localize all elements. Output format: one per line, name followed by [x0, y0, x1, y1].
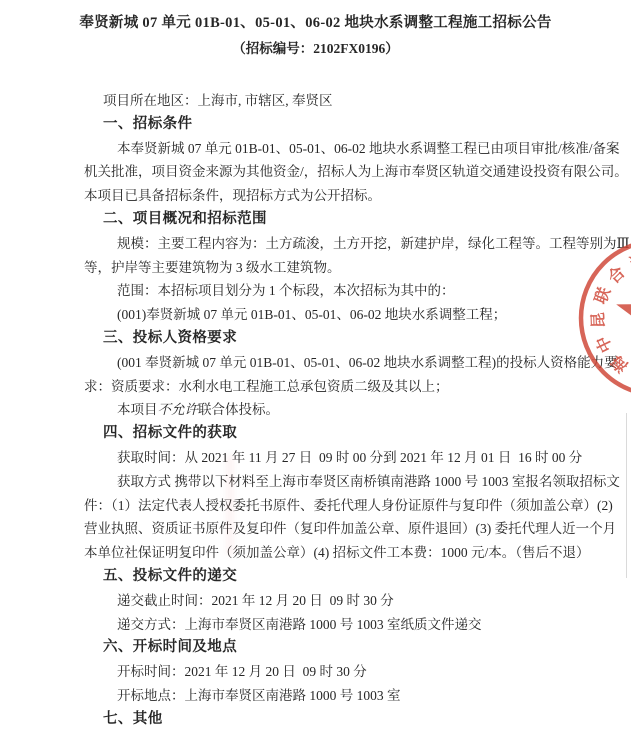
doc-line: 获取方式 携带以下材料至上海市奉贤区南桥镇南港路 1000 号 1003 室报名…	[84, 470, 556, 494]
section-heading: 六、开标时间及地点	[84, 636, 556, 660]
doc-text: 六、开标时间及地点	[103, 639, 237, 655]
doc-text: 七、其他	[103, 711, 163, 727]
section-heading: 二、项目概况和招标范围	[84, 208, 556, 232]
seal-character: 联	[591, 285, 615, 307]
document-page: 奉贤新城 07 单元 01B-01、05-01、06-02 地块水系调整工程施工…	[0, 0, 631, 738]
doc-text: 开标地点：上海市奉贤区南港路 1000 号 1003 室	[117, 688, 401, 703]
seal-character: 合	[604, 262, 629, 287]
doc-text: 等，护岸等主要建筑物为 3 级水工建筑物。	[84, 260, 341, 275]
doc-line: 本项目已具备招标条件，现招标方式为公开招标。	[84, 184, 556, 208]
doc-text: 一、招标条件	[103, 116, 192, 132]
doc-line: 规模：主要工程内容为：土方疏浚，土方开挖，新建护岸，绿化工程等。工程等别为Ⅲ	[84, 232, 556, 256]
doc-text: 获取方式 携带以下材料至上海市奉贤区南桥镇南港路 1000 号 1003 室报名…	[117, 474, 620, 489]
seal-star-icon	[616, 274, 631, 354]
seal-character: 咨	[627, 250, 631, 273]
doc-text: 开标时间：2021 年 12 月 20 日 09 时 30 分	[117, 664, 367, 679]
section-heading: 四、招标文件的获取	[84, 422, 556, 446]
doc-text: 求：资质要求：水利水电工程施工总承包资质二级及其以上；	[84, 379, 449, 394]
doc-line: 开标地点：上海市奉贤区南港路 1000 号 1003 室	[84, 684, 556, 708]
doc-line: (001)奉贤新城 07 单元 01B-01、05-01、06-02 地块水系调…	[84, 303, 556, 327]
doc-line: 等，护岸等主要建筑物为 3 级水工建筑物。	[84, 256, 556, 280]
doc-line: 获取时间：从 2021 年 11 月 27 日 09 时 00 分到 2021 …	[84, 446, 556, 470]
doc-line: 机关批准，项目资金来源为其他资金/，招标人为上海市奉贤区轨道交通建设投资有限公司…	[84, 160, 556, 184]
doc-text: 联合体投标。	[198, 402, 279, 417]
doc-line: 营业执照、资质证书原件及复印件（复印件加盖公章、原件退回）(3) 委托代理人近一…	[84, 517, 556, 541]
seal-character: 昆	[588, 312, 608, 329]
section-heading: 一、招标条件	[84, 113, 556, 137]
doc-text: 三、投标人资格要求	[103, 330, 237, 346]
doc-text: 本项目	[117, 402, 158, 417]
doc-text: 五、投标文件的递交	[103, 568, 237, 584]
doc-line: 本奉贤新城 07 单元 01B-01、05-01、06-02 地块水系调整工程已…	[84, 137, 556, 161]
doc-text: 件：（1）法定代表人授权委托书原件、委托代理人身份证原件与复印件（须加盖公章）(…	[84, 498, 613, 513]
doc-line: 范围：本招标项目划分为 1 个标段，本次招标为其中的：	[84, 279, 556, 303]
doc-text: 四、招标文件的获取	[103, 425, 237, 441]
doc-line: (001 奉贤新城 07 单元 01B-01、05-01、06-02 地块水系调…	[84, 351, 556, 375]
document-title: 奉贤新城 07 单元 01B-01、05-01、06-02 地块水系调整工程施工…	[0, 11, 631, 36]
doc-text: 项目所在地区：上海市, 市辖区, 奉贤区	[103, 93, 333, 108]
doc-text: (001)奉贤新城 07 单元 01B-01、05-01、06-02 地块水系调…	[117, 307, 506, 322]
section-heading: 三、投标人资格要求	[84, 327, 556, 351]
doc-line: 件：（1）法定代表人授权委托书原件、委托代理人身份证原件与复印件（须加盖公章）(…	[84, 494, 556, 518]
section-heading: 五、投标文件的递交	[84, 565, 556, 589]
doc-text: 本单位社保证明复印件（须加盖公章）(4) 招标文件工本费：1000 元/本。（售…	[84, 545, 590, 560]
doc-text: 递交方式：上海市奉贤区南港路 1000 号 1003 室纸质文件递交	[117, 617, 482, 632]
section-heading: 七、其他	[84, 708, 556, 732]
tender-number: （招标编号：2102FX0196）	[0, 36, 631, 61]
scan-smudge	[226, 455, 234, 555]
doc-text: 获取时间：从 2021 年 11 月 27 日 09 时 00 分到 2021 …	[117, 450, 582, 465]
document-body: 项目所在地区：上海市, 市辖区, 奉贤区一、招标条件本奉贤新城 07 单元 01…	[84, 89, 556, 732]
doc-text: 范围：本招标项目划分为 1 个标段，本次招标为其中的：	[117, 283, 455, 298]
doc-text: 规模：主要工程内容为：土方疏浚，土方开挖，新建护岸，绿化工程等。工程等别为Ⅲ	[117, 236, 630, 251]
title-block: 奉贤新城 07 单元 01B-01、05-01、06-02 地块水系调整工程施工…	[0, 0, 631, 61]
doc-text: 本奉贤新城 07 单元 01B-01、05-01、06-02 地块水系调整工程已…	[117, 141, 620, 156]
doc-line: 开标时间：2021 年 12 月 20 日 09 时 30 分	[84, 660, 556, 684]
doc-line: 项目所在地区：上海市, 市辖区, 奉贤区	[84, 89, 556, 113]
doc-line: 本单位社保证明复印件（须加盖公章）(4) 招标文件工本费：1000 元/本。（售…	[84, 541, 556, 565]
doc-text: (001 奉贤新城 07 单元 01B-01、05-01、06-02 地块水系调…	[117, 355, 618, 370]
doc-line: 递交方式：上海市奉贤区南港路 1000 号 1003 室纸质文件递交	[84, 613, 556, 637]
doc-text: 递交截止时间：2021 年 12 月 20 日 09 时 30 分	[117, 593, 394, 608]
doc-line: 求：资质要求：水利水电工程施工总承包资质二级及其以上；	[84, 375, 556, 399]
doc-text: 二、项目概况和招标范围	[103, 211, 267, 227]
doc-line: 递交截止时间：2021 年 12 月 20 日 09 时 30 分	[84, 589, 556, 613]
doc-line: 本项目不允许联合体投标。	[84, 398, 556, 422]
doc-text: 机关批准，项目资金来源为其他资金/，招标人为上海市奉贤区轨道交通建设投资有限公司…	[84, 164, 628, 179]
doc-text: 营业执照、资质证书原件及复印件（复印件加盖公章、原件退回）(3) 委托代理人近一…	[84, 521, 616, 536]
emphasized-text: 不允许	[158, 402, 199, 417]
doc-text: 本项目已具备招标条件，现招标方式为公开招标。	[84, 188, 381, 203]
seal-character: 中	[593, 333, 616, 355]
scan-edge-line	[626, 413, 627, 578]
